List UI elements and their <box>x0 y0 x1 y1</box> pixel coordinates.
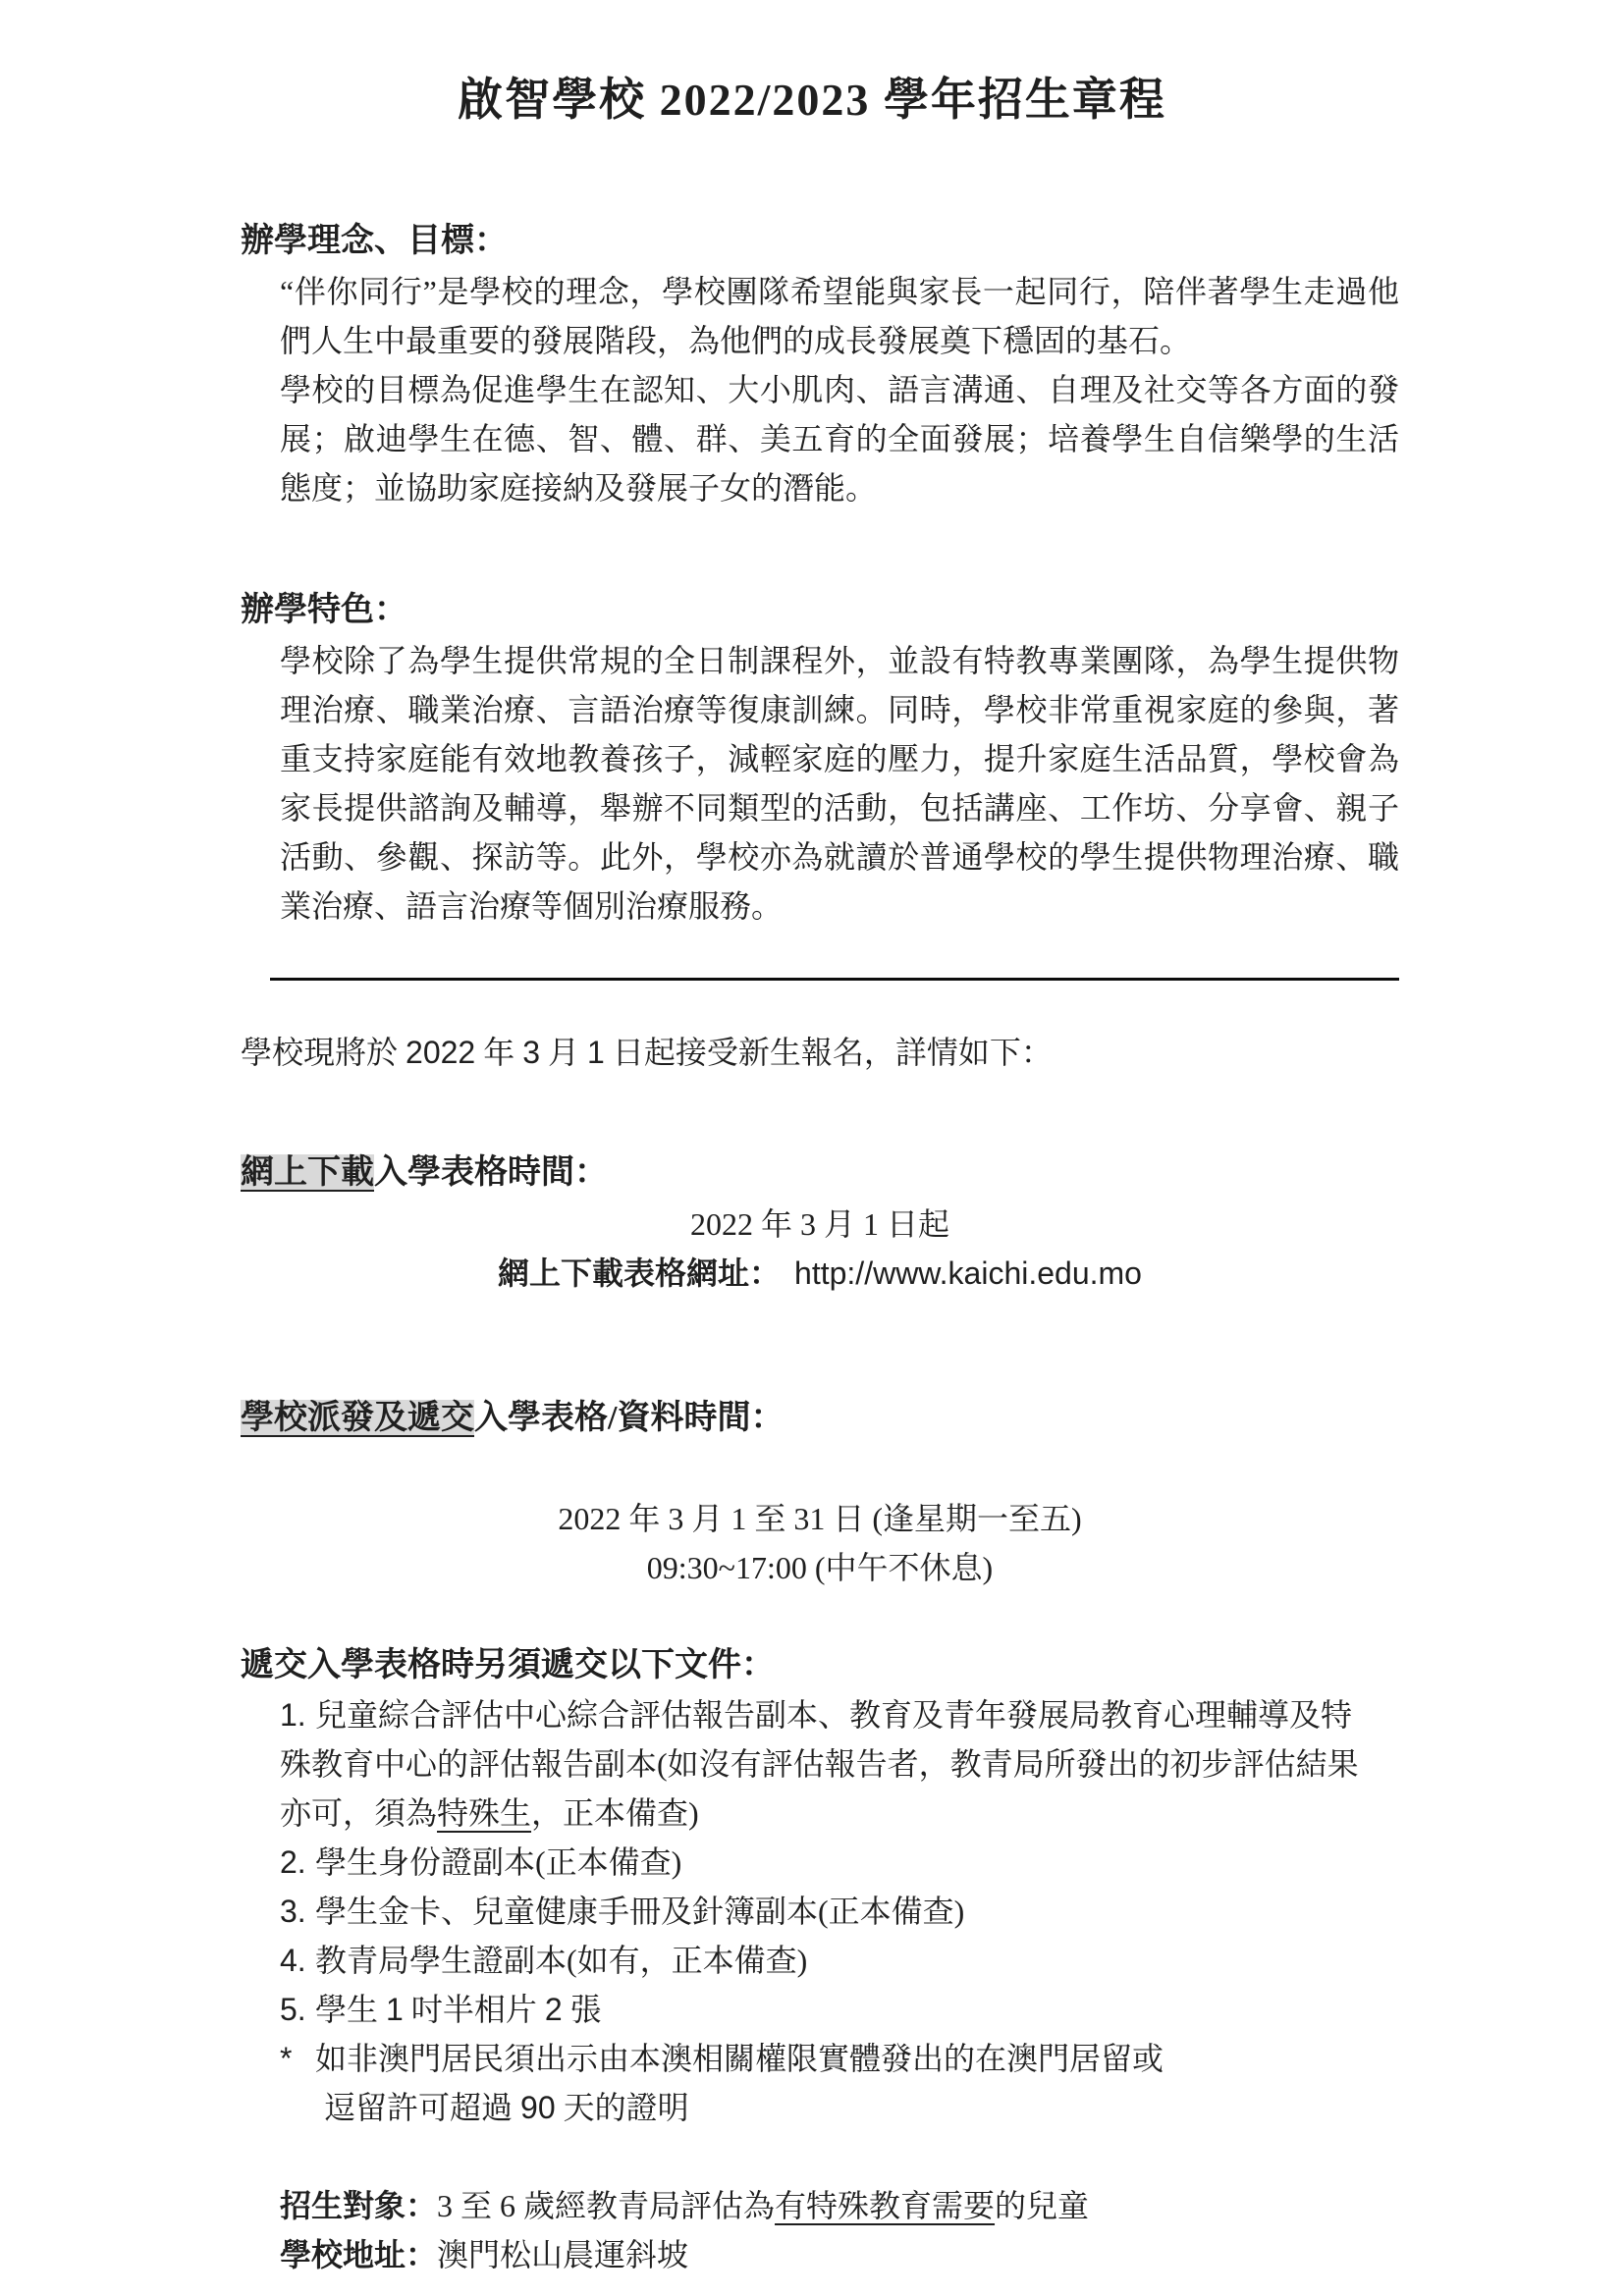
item-1-number: 1. <box>280 1690 315 1739</box>
document-item-1-line-2: 殊教育中心的評估報告副本(如沒有評估報告者，教青局所發出的初步評估結果 <box>241 1739 1399 1789</box>
document-item-5: 5.學生 1 吋半相片 2 張 <box>241 1985 1399 2034</box>
submission-time: 09:30~17:00 (中午不休息) <box>241 1543 1399 1592</box>
submission-section-heading: 學校派發及遞交入學表格/資料時間： <box>241 1394 1399 1443</box>
target-label: 招生對象： <box>280 2188 437 2223</box>
philosophy-paragraph-1: “伴你同行”是學校的理念，學校團隊希望能與家長一起同行，陪伴著學生走過他們人生中… <box>241 267 1399 365</box>
item-1-line-3-pre: 亦可，須為 <box>280 1795 437 1831</box>
download-heading-highlight: 網上下載 <box>241 1154 374 1191</box>
address-line: 學校地址：澳門松山晨運斜坡 <box>241 2230 1399 2279</box>
item-1-line-3-post: ，正本備查) <box>531 1795 699 1831</box>
philosophy-paragraph-2: 學校的目標為促進學生在認知、大小肌肉、語言溝通、自理及社交等各方面的發展；啟迪學… <box>241 365 1399 512</box>
item-3-number: 3. <box>280 1887 315 1936</box>
item-5-text: 學生 1 吋半相片 2 張 <box>315 1992 602 2027</box>
download-url-label: 網上下載表格網址： <box>498 1255 781 1291</box>
target-line: 招生對象：3 至 6 歲經教青局評估為有特殊教育需要的兒童 <box>241 2181 1399 2230</box>
submission-heading-highlight: 學校派發及遞交 <box>241 1400 474 1436</box>
item-2-number: 2. <box>280 1838 315 1887</box>
document-item-1-line-3: 亦可，須為特殊生，正本備查) <box>241 1789 1399 1838</box>
submission-date: 2022 年 3 月 1 至 31 日 (逢星期一至五) <box>241 1494 1399 1543</box>
item-1-line-3-underlined: 特殊生 <box>437 1795 531 1831</box>
philosophy-heading: 辦學理念、目標： <box>241 220 1399 263</box>
item-5-number: 5. <box>280 1985 315 2034</box>
note-marker: * <box>280 2034 315 2083</box>
item-1-text-line-1: 兒童綜合評估中心綜合評估報告副本、教育及青年發展局教育心理輔導及特 <box>315 1697 1352 1733</box>
features-paragraph: 學校除了為學生提供常規的全日制課程外，並設有特教專業團隊，為學生提供物理治療、職… <box>241 636 1399 931</box>
document-item-1-line-1: 1.兒童綜合評估中心綜合評估報告副本、教育及青年發展局教育心理輔導及特 <box>241 1690 1399 1739</box>
item-4-number: 4. <box>280 1936 315 1985</box>
document-item-3: 3.學生金卡、兒童健康手冊及針簿副本(正本備查) <box>241 1887 1399 1936</box>
item-2-text: 學生身份證副本(正本備查) <box>315 1844 681 1880</box>
target-pre: 3 至 6 歲經教青局評估為 <box>437 2188 775 2223</box>
document-item-2: 2.學生身份證副本(正本備查) <box>241 1838 1399 1887</box>
horizontal-divider <box>270 978 1399 981</box>
note-line-1: *如非澳門居民須出示由本澳相關權限實體發出的在澳門居留或 <box>241 2034 1399 2083</box>
address-label: 學校地址： <box>280 2237 437 2272</box>
note-line-2: 逗留許可超過 90 天的證明 <box>241 2083 1399 2132</box>
item-4-text: 教青局學生證副本(如有，正本備查) <box>315 1943 807 1978</box>
target-post: 的兒童 <box>995 2188 1089 2223</box>
download-url: http://www.kaichi.edu.mo <box>794 1255 1142 1291</box>
document-title: 啟智學校 2022/2023 學年招生章程 <box>0 0 1624 130</box>
submission-heading-rest: 入學表格/資料時間： <box>474 1400 784 1436</box>
documents-heading: 遞交入學表格時另須遞交以下文件： <box>241 1641 1399 1690</box>
features-heading: 辦學特色： <box>241 589 1399 632</box>
download-date: 2022 年 3 月 1 日起 <box>241 1200 1399 1249</box>
address-text: 澳門松山晨運斜坡 <box>437 2237 688 2272</box>
download-heading-rest: 入學表格時間： <box>374 1154 608 1191</box>
note-text-line-1: 如非澳門居民須出示由本澳相關權限實體發出的在澳門居留或 <box>315 2041 1164 2076</box>
download-url-line: 網上下載表格網址：http://www.kaichi.edu.mo <box>241 1249 1399 1298</box>
download-section-heading: 網上下載入學表格時間： <box>241 1148 1399 1198</box>
item-3-text: 學生金卡、兒童健康手冊及針簿副本(正本備查) <box>315 1894 964 1929</box>
intro-line: 學校現將於 2022 年 3 月 1 日起接受新生報名，詳情如下： <box>241 1028 1399 1077</box>
document-content: 辦學理念、目標： “伴你同行”是學校的理念，學校團隊希望能與家長一起同行，陪伴著… <box>241 220 1399 2279</box>
document-page: 啟智學校 2022/2023 學年招生章程 辦學理念、目標： “伴你同行”是學校… <box>0 0 1624 2296</box>
target-underlined: 有特殊教育需要 <box>775 2188 995 2223</box>
document-item-4: 4.教青局學生證副本(如有，正本備查) <box>241 1936 1399 1985</box>
